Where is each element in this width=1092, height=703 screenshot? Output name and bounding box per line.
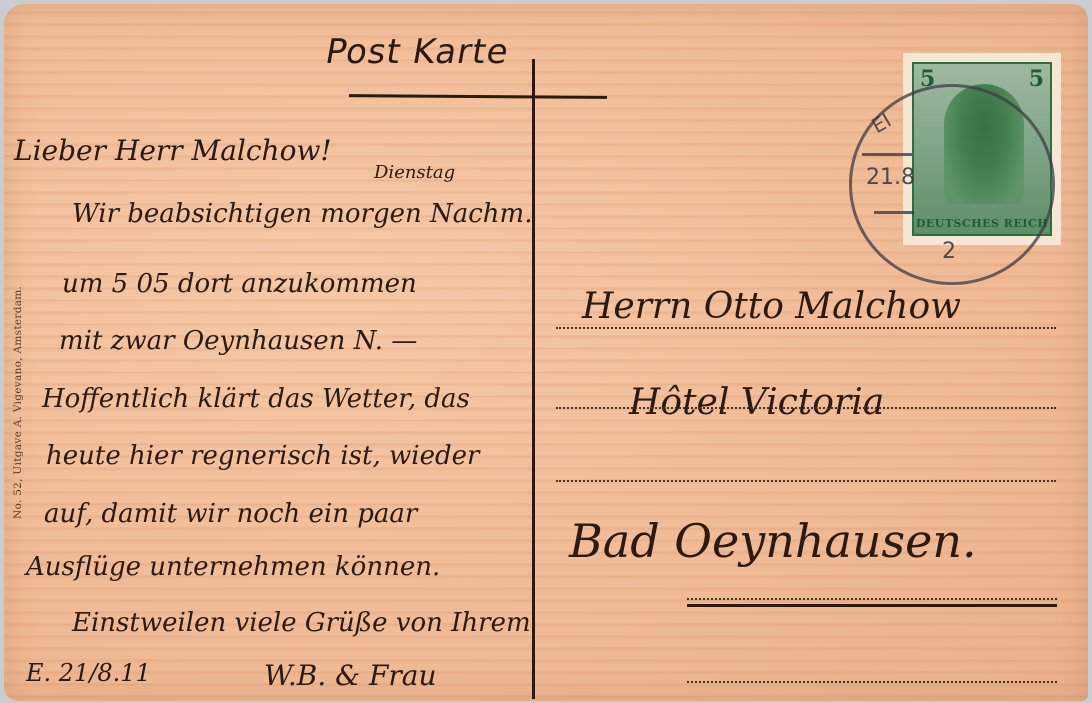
center-divider <box>532 59 535 699</box>
postmark-bar <box>862 153 912 156</box>
address-recipient: Herrn Otto Malchow <box>582 286 961 327</box>
message-signature: W.B. & Frau <box>264 659 437 692</box>
address-dotted-line <box>556 407 1056 409</box>
address-dotted-line <box>556 480 1056 482</box>
postmark: EI 21.8 2 <box>849 84 1055 285</box>
message-line: mit zwar Oeynhausen N. — <box>59 326 417 356</box>
postmark-town: EI <box>867 108 895 138</box>
message-line: Wir beabsichtigen morgen Nachm. <box>72 199 532 229</box>
address-dotted-line <box>556 327 1056 329</box>
address-hotel: Hôtel Victoria <box>629 382 884 423</box>
message-line: Hoffentlich klärt das Wetter, das <box>42 384 470 414</box>
message-line: Einstweilen viele Grüße von Ihrem <box>72 608 531 638</box>
message-date: E. 21/8.11 <box>26 659 151 687</box>
message-line: Ausflüge unternehmen können. <box>26 552 440 582</box>
message-line: Lieber Herr Malchow! <box>14 134 332 167</box>
city-underline <box>687 604 1057 607</box>
message-insert: Dienstag <box>374 162 455 183</box>
postcard: No. 52, Uitgave A. Vigevano, Amsterdam. … <box>4 4 1088 701</box>
message-line: um 5 05 dort anzukommen <box>62 269 417 299</box>
address-dotted-line <box>687 681 1057 683</box>
postmark-date: 21.8 <box>866 165 915 190</box>
heading-underline <box>349 94 607 99</box>
message-line: auf, damit wir noch ein paar <box>44 499 417 529</box>
postmark-number: 2 <box>942 239 956 264</box>
card-heading: Post Karte <box>322 32 512 72</box>
stamp-value: 5 <box>1029 66 1044 92</box>
postmark-bar <box>874 211 914 214</box>
address-city: Bad Oeynhausen. <box>569 514 977 568</box>
address-dotted-line <box>687 598 1057 600</box>
publisher-imprint: No. 52, Uitgave A. Vigevano, Amsterdam. <box>12 286 24 519</box>
message-line: heute hier regnerisch ist, wieder <box>46 441 479 471</box>
